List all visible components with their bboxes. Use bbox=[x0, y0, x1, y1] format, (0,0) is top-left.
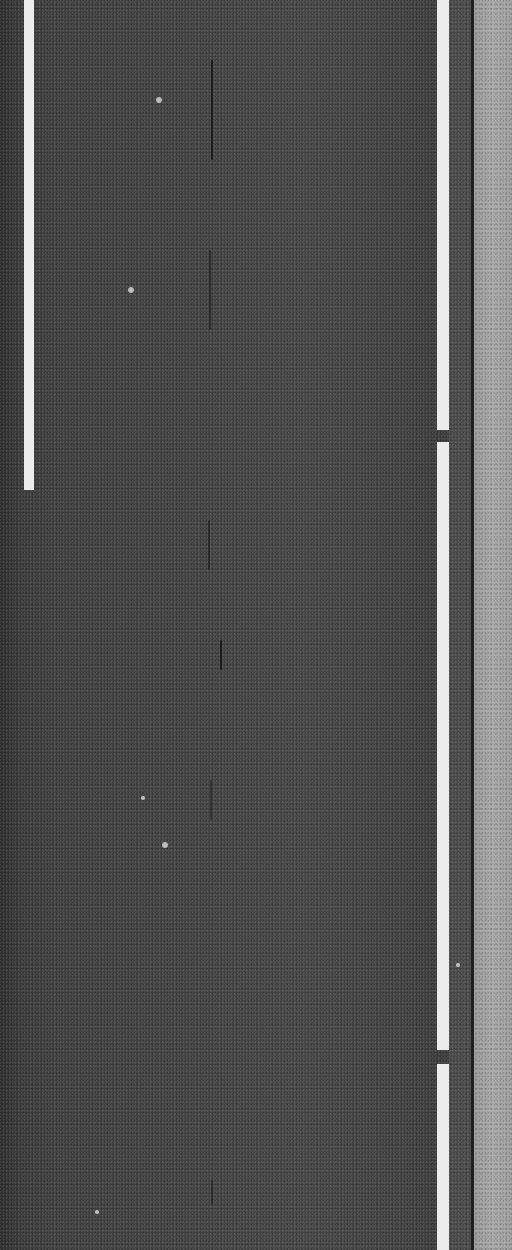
right-lane-line-segment bbox=[437, 442, 449, 1050]
pavement-spot bbox=[162, 842, 168, 848]
right-lane-line-segment bbox=[437, 1064, 449, 1250]
pavement-spot bbox=[456, 963, 460, 967]
pavement-spot bbox=[128, 287, 134, 293]
pavement-spot bbox=[95, 1210, 99, 1214]
asphalt-surface bbox=[0, 0, 472, 1250]
pavement-crack bbox=[208, 520, 210, 570]
concrete-curb bbox=[474, 0, 512, 1250]
pavement-crack bbox=[209, 250, 211, 330]
road-scene bbox=[0, 0, 512, 1250]
pavement-crack bbox=[211, 1180, 213, 1205]
pavement-spot bbox=[141, 796, 145, 800]
right-lane-line-segment bbox=[437, 0, 449, 430]
pavement-spot bbox=[156, 97, 162, 103]
pavement-crack bbox=[211, 60, 213, 160]
road-shoulder bbox=[449, 0, 472, 1250]
left-lane-line bbox=[24, 0, 34, 490]
pavement-crack bbox=[210, 780, 212, 820]
pavement-crack bbox=[220, 640, 222, 670]
